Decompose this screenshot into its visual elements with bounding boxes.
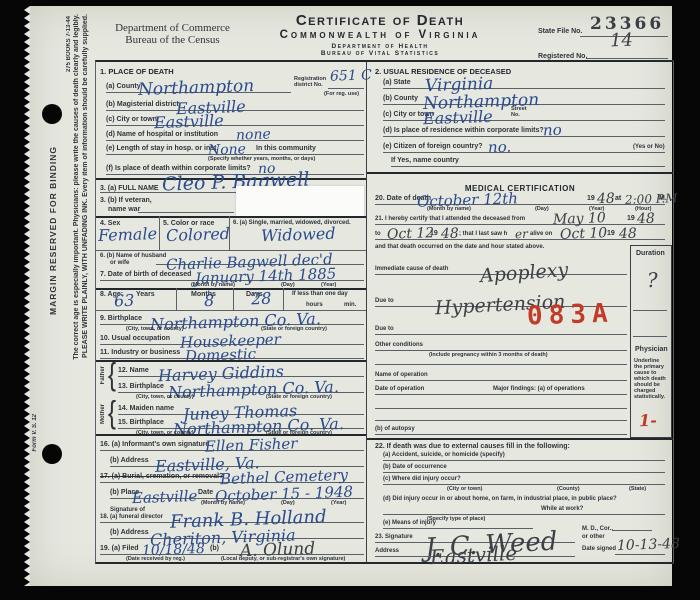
certificate-subtitle: Commonwealth of Virginia [245,29,515,41]
certificate-paper: 275 BOOKS 7-13-44 MARGIN RESERVED FOR BI… [30,6,672,586]
margin-instruction-2: The correct age is especially important.… [73,14,80,360]
left-column: 1. PLACE OF DEATH (a) County Northampton… [96,62,367,562]
or-other-label: or other [582,534,605,541]
dept-of-health: Department of Health [245,43,515,50]
binding-margin-label: MARGIN RESERVED FOR BINDING [48,146,58,315]
address-23-label: Address [375,548,399,555]
filed-b-label: (b) [210,545,219,553]
registered-no-value: 14 [610,34,633,48]
punch-hole [42,104,62,124]
issuing-department: Department of Commerce Bureau of the Cen… [110,22,235,46]
state-file-label: State File No. [538,28,582,36]
physician-address-value: Eastville [430,547,518,565]
form-body: 1. PLACE OF DEATH (a) County Northampton… [95,60,674,564]
perforated-edge [23,6,30,586]
dept-line-1: Department of Commerce [110,22,235,34]
dept-line-2: Bureau of the Census [110,34,235,46]
filed-row: 19. (a) Filed 10/18/48 (b) A. Olund [100,62,364,555]
blank-line [615,62,665,555]
bureau-vital-statistics: Bureau of Vital Statistics [245,50,515,57]
form-number: Form V. S. 12 [32,414,39,451]
filed-label: 19. (a) Filed [100,545,139,553]
scanned-death-certificate: 275 BOOKS 7-13-44 MARGIN RESERVED FOR BI… [0,0,700,600]
certificate-title: Certificate of Death [245,12,515,29]
right-column: 2. USUAL RESIDENCE OF DECEASED (a) State… [367,62,673,562]
date-signed-value: 10-13-48 [617,538,680,553]
filed-note: (Date received by reg.) [126,556,185,562]
registrar-note: (Local deputy, or sub-registrar's own si… [221,556,345,562]
certificate-title-block: Certificate of Death Commonwealth of Vir… [245,12,515,57]
date-signed-label: Date signed [582,546,616,553]
physician-address-row: Address Eastville [375,62,575,557]
margin-instruction-1: PLEASE WRITE PLAINLY, WITH UNFADING INK.… [82,14,89,358]
punch-hole [42,444,62,464]
md-cor-label: M. D., Cor., [582,526,613,533]
print-batch-stamp: 275 BOOKS 7-13-44 [66,16,73,72]
